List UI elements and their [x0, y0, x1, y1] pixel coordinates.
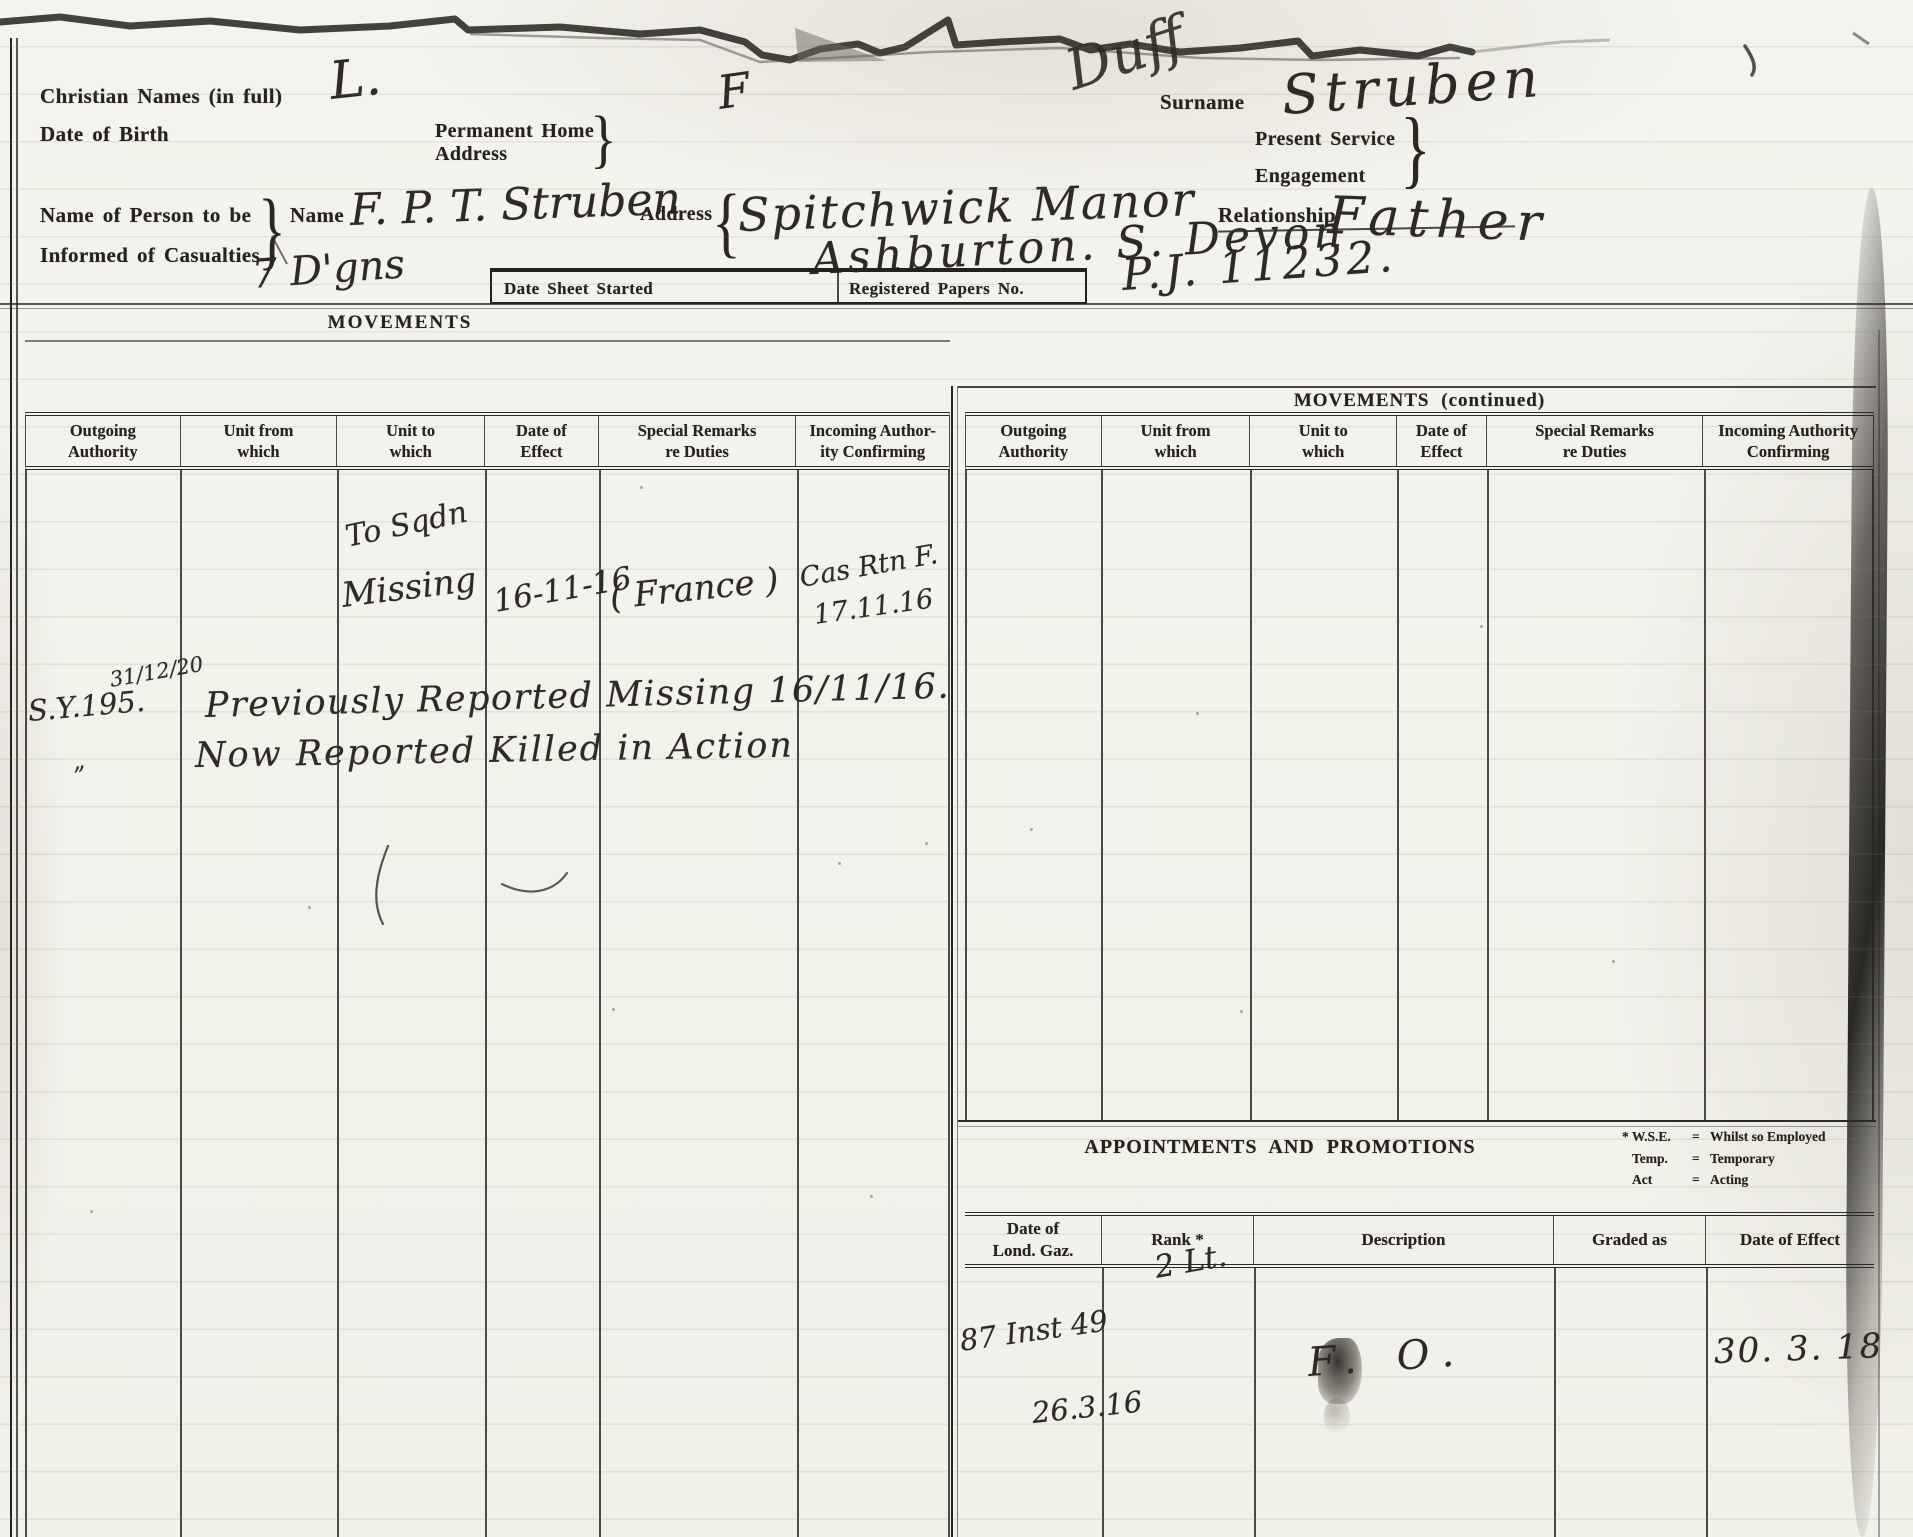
col-unit-to-which: Unit towhich: [337, 416, 485, 466]
ink-speckle: [1324, 1398, 1350, 1432]
movements-left-header-row: OutgoingAuthority Unit fromwhich Unit to…: [25, 412, 950, 470]
col-date-of-effect: Date ofEffect: [1397, 416, 1487, 466]
noise-dot: [1030, 828, 1033, 831]
col-description: Description: [1254, 1216, 1554, 1264]
pen-stroke-open-paren: [376, 846, 388, 924]
address-label: Address: [640, 203, 712, 226]
legend-meaning: Temporary: [1710, 1148, 1874, 1170]
col-label: Date of Effect: [1740, 1229, 1840, 1251]
left-table-line: [25, 470, 27, 1537]
legend-abbr: Act: [1622, 1169, 1692, 1191]
col-label: Special Remarks: [638, 420, 757, 441]
section-double-rule-b: [0, 308, 1913, 309]
col-date-of-effect: Date of Effect: [1706, 1216, 1874, 1264]
abbreviation-legend: * W.S.E.=Whilst so Employed Temp.=Tempor…: [1622, 1126, 1874, 1191]
top-right-tick: [1745, 46, 1754, 75]
left-margin-line-inner: [16, 38, 18, 1537]
section-double-rule-a: [0, 303, 1913, 305]
col-label: Date of: [1416, 420, 1467, 441]
col-label: ity Confirming: [820, 441, 925, 462]
date-sheet-started-label: Date Sheet Started: [504, 279, 653, 299]
present-service-label: Present Service: [1255, 128, 1395, 151]
registered-papers-label: Registered Papers No.: [849, 279, 1024, 299]
col-label: Date of: [1007, 1218, 1059, 1240]
col-special-remarks: Special Remarksre Duties: [599, 416, 797, 466]
christian-names-label: Christian Names (in full): [40, 84, 282, 109]
col-label: Confirming: [1747, 441, 1830, 462]
date-sheet-box: Date Sheet Started Registered Papers No.: [490, 268, 1087, 304]
left-table-line: [180, 470, 182, 1537]
noise-dot: [640, 486, 643, 489]
appointments-title: APPOINTMENTS AND PROMOTIONS: [1000, 1136, 1560, 1159]
noise-dot: [1240, 1010, 1243, 1013]
col-label: Lond. Gaz.: [993, 1240, 1074, 1262]
appointments-header-row: Date ofLond. Gaz. Rank * Description Gra…: [965, 1212, 1874, 1268]
left-table-line: [485, 470, 487, 1537]
col-label: Special Remarks: [1535, 420, 1654, 441]
right-table-line: [1704, 470, 1706, 1122]
date-sheet-box-divider: [837, 272, 839, 304]
col-label: which: [1154, 441, 1196, 462]
left-table-line: [599, 470, 601, 1537]
col-unit-from-which: Unit fromwhich: [1102, 416, 1251, 466]
col-date-of-effect: Date ofEffect: [485, 416, 599, 466]
col-label: Effect: [1420, 441, 1462, 462]
col-label: Incoming Authority: [1718, 420, 1858, 441]
appointments-table-line: [1554, 1268, 1556, 1537]
col-label: Authority: [999, 441, 1069, 462]
movements-title-underline: [25, 340, 950, 342]
noise-dot: [612, 1008, 615, 1011]
col-date-of-lond-gaz: Date ofLond. Gaz.: [965, 1216, 1102, 1264]
right-table-line: [1397, 470, 1399, 1122]
right-table-line: [1250, 470, 1252, 1122]
col-label: re Duties: [1563, 441, 1626, 462]
col-label: which: [237, 441, 279, 462]
col-label: Graded as: [1592, 1229, 1667, 1251]
left-table-line: [337, 470, 339, 1537]
col-special-remarks: Special Remarksre Duties: [1487, 416, 1704, 466]
legend-row-temp: Temp.=Temporary: [1622, 1148, 1874, 1170]
col-label: Effect: [520, 441, 562, 462]
col-label: which: [1302, 441, 1344, 462]
relationship-label: Relationship: [1218, 203, 1336, 228]
right-table-line: [1872, 470, 1874, 1122]
entry-appointment-date-of-effect: 30. 3. 18: [1713, 1326, 1884, 1372]
center-divider-inner: [957, 386, 958, 1537]
left-margin-line-outer: [10, 38, 12, 1537]
col-unit-from-which: Unit fromwhich: [181, 416, 338, 466]
legend-row-wse: * W.S.E.=Whilst so Employed: [1622, 1126, 1874, 1148]
noise-dot: [90, 1210, 93, 1213]
noise-dot: [1612, 960, 1615, 963]
col-label: re Duties: [665, 441, 728, 462]
col-label: Authority: [68, 441, 138, 462]
legend-eq: =: [1692, 1126, 1710, 1148]
legend-eq: =: [1692, 1169, 1710, 1191]
col-label: Outgoing: [1000, 420, 1066, 441]
left-table-line: [797, 470, 799, 1537]
center-divider-outer: [951, 386, 953, 1537]
permanent-home-label-line2: Address: [435, 143, 507, 166]
date-of-birth-label: Date of Birth: [40, 122, 169, 147]
movements-right-header-row: OutgoingAuthority Unit fromwhich Unit to…: [965, 412, 1874, 470]
movements-continued-bottom-rule-a: [958, 1120, 1876, 1122]
legend-row-act: Act=Acting: [1622, 1169, 1874, 1191]
noise-dot: [838, 862, 841, 865]
legend-eq: =: [1692, 1148, 1710, 1170]
col-graded-as: Graded as: [1554, 1216, 1706, 1264]
col-label: Unit from: [1141, 420, 1211, 441]
movements-continued-title: MOVEMENTS (continued): [965, 390, 1874, 412]
legend-meaning: Acting: [1710, 1169, 1874, 1191]
col-label: Outgoing: [70, 420, 136, 441]
col-incoming-authority: Incoming Author-ity Confirming: [796, 416, 949, 466]
col-label: which: [390, 441, 432, 462]
left-table-line: [948, 470, 950, 1537]
legend-meaning: Whilst so Employed: [1710, 1126, 1874, 1148]
col-outgoing-authority: OutgoingAuthority: [966, 416, 1102, 466]
gray-tear-triangle: [795, 28, 886, 62]
permanent-home-label-line1: Permanent Home: [435, 120, 594, 143]
noise-dot: [1480, 625, 1483, 628]
col-outgoing-authority: OutgoingAuthority: [26, 416, 181, 466]
scanned-army-record-form: Christian Names (in full) L. F Duff Surn…: [0, 0, 1913, 1537]
right-table-line: [965, 470, 967, 1122]
noise-dot: [870, 1195, 873, 1198]
col-label: Incoming Author-: [809, 420, 935, 441]
appointments-table-line: [1706, 1268, 1708, 1537]
permanent-home-brace: }: [590, 103, 617, 177]
top-right-corner-mark: [1853, 33, 1869, 44]
present-service-brace: }: [1400, 99, 1431, 199]
christian-initial-handwriting: L.: [327, 47, 384, 112]
right-table-line: [1487, 470, 1489, 1122]
col-label: Unit to: [386, 420, 435, 441]
col-label: Description: [1361, 1229, 1445, 1251]
pen-stroke-arc: [502, 873, 567, 892]
col-label: Unit to: [1299, 420, 1348, 441]
col-unit-to-which: Unit towhich: [1250, 416, 1397, 466]
person-to-be-informed-label-line2: Informed of Casualties: [40, 243, 260, 268]
noise-dot: [925, 842, 928, 845]
movements-title: MOVEMENTS: [150, 312, 650, 334]
legend-abbr: Temp.: [1622, 1148, 1692, 1170]
noise-dot: [308, 906, 311, 909]
surname-label: Surname: [1160, 90, 1244, 115]
noise-dot: [1196, 712, 1199, 715]
col-incoming-authority: Incoming AuthorityConfirming: [1703, 416, 1873, 466]
engagement-label: Engagement: [1255, 165, 1366, 188]
name-label: Name: [290, 203, 344, 228]
person-to-be-informed-label-line1: Name of Person to be: [40, 203, 251, 228]
movements-continued-top-rule: [958, 386, 1876, 388]
legend-abbr: * W.S.E.: [1622, 1126, 1692, 1148]
appointments-table-line: [1254, 1268, 1256, 1537]
col-label: Date of: [516, 420, 567, 441]
col-label: Unit from: [224, 420, 294, 441]
right-table-line: [1101, 470, 1103, 1122]
